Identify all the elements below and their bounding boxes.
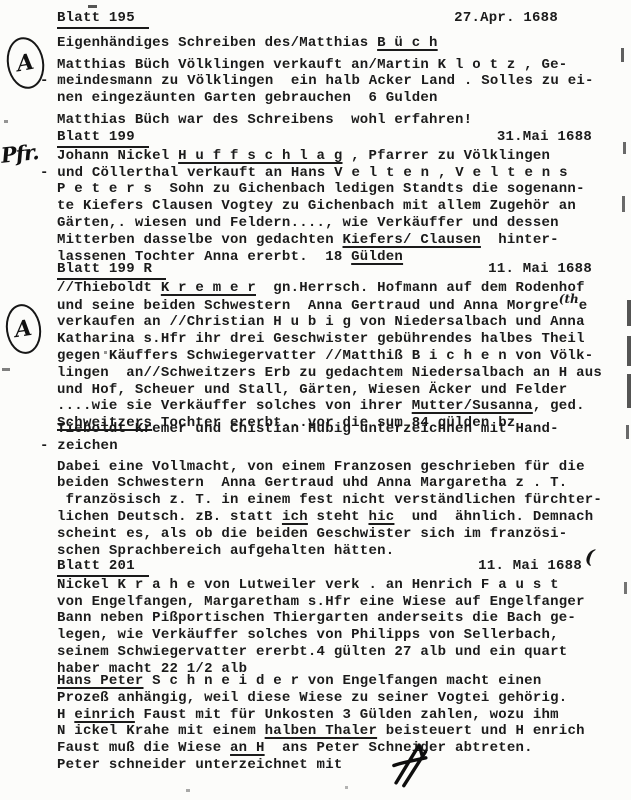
text-line: Tieboldt Kremer und Chistian Hubig unter… (57, 421, 592, 438)
text-segment: Dabei eine Vollmacht, von einem Franzose… (57, 459, 585, 475)
text-segment: steht (308, 509, 369, 525)
text-line: lingen an//Schweitzers Erb zu gedachtem … (57, 365, 592, 382)
paragraph: Johann Nickel H u f f s c h l a g , Pfar… (57, 148, 592, 266)
text-line: verkaufen an //Christian H u b i g von N… (57, 314, 592, 331)
text-line: ....wie sie Verkäuffer solches von ihrer… (57, 398, 592, 415)
text-line: Eigenhändiges Schreiben des/Matthias B ü… (57, 35, 592, 52)
text-segment: schen Sprachbereich aufgehalten hätten. (57, 543, 394, 559)
text-segment: //Thieboldt (57, 280, 161, 296)
text-line: - meindesmann zu Völklingen ein halb Ack… (57, 73, 592, 90)
pfr-margin-annotation: Pfr. (0, 144, 39, 165)
text-segment: , Pfarrer zu Völklingen (343, 148, 551, 164)
text-segment: Gärten,. wiesen und Feldern...., wie Ver… (57, 215, 559, 231)
text-segment: und ähnlich. Demnach (394, 509, 593, 525)
underlined-text: H u f f s c h l a g (178, 148, 342, 164)
underlined-text: Hans Peter (57, 673, 144, 689)
text-segment: verkaufen an //Christian H u b i g von N… (57, 314, 585, 330)
scan-artifact (186, 789, 190, 792)
text-segment: lichen Deutsch. zB. statt (57, 509, 282, 525)
text-segment: hinter- (481, 232, 559, 248)
text-segment: Matthias Büch Völklingen verkauft an/Mar… (57, 57, 567, 73)
text-line: P e t e r s Sohn zu Gichenbach ledigen S… (57, 181, 592, 198)
text-line: französisch z. T. in einem fest nicht ve… (57, 492, 592, 509)
text-line: beiden Schwestern Anna Gertraud uhd Anna… (57, 475, 592, 492)
paragraph: //Thieboldt K r e m e r gn.Herrsch. Hofm… (57, 280, 592, 432)
text-segment: Faust muß die Wiese (57, 740, 230, 756)
circled-a-letter: A (16, 53, 36, 73)
underlined-text: B ü c h (377, 35, 438, 51)
paragraph: Matthias Büch Völklingen verkauft an/Mar… (57, 57, 592, 107)
text-line: legen, wie Verkäuffer solches von Philip… (57, 627, 592, 644)
entry-date: 27.Apr. 1688 (454, 10, 558, 29)
text-segment: H (57, 707, 74, 723)
scan-artifact (627, 374, 631, 408)
text-line: Johann Nickel H u f f s c h l a g , Pfar… (57, 148, 592, 165)
text-segment: französisch z. T. in einem fest nicht ve… (57, 492, 602, 508)
text-line: N ickel Krahe mit einem halben Thaler be… (57, 723, 592, 740)
text-line: und Hof, Scheuer und Stall, Gärten, Wies… (57, 382, 592, 399)
handzeichen-signature-icon (386, 740, 431, 790)
blatt-number: Blatt 199 (57, 129, 149, 148)
scan-artifact (624, 582, 627, 594)
text-segment: nen eingezäunten Garten gebrauchen 6 Gul… (57, 90, 438, 106)
text-segment: S c h n e i d e r von Engelfangen macht … (144, 673, 542, 689)
blatt-number: Blatt 195 (57, 10, 149, 29)
text-segment: und seine beiden Schwestern Anna Gertrau… (57, 298, 559, 314)
text-line: Peter schneider unterzeichnet mit (57, 757, 592, 774)
text-segment: scheint es, als ob die beiden Geschwiste… (57, 526, 567, 542)
text-line: te Kiefers Clausen Vogtey zu Gichenbach … (57, 198, 592, 215)
scan-artifact (627, 300, 631, 326)
scan-artifact (623, 142, 626, 154)
text-segment: beisteuert und H enrich (377, 723, 585, 739)
text-segment: - und Cöllerthal verkauft an Hans V e l … (40, 165, 568, 181)
underlined-text: einrich (74, 707, 135, 723)
text-line: Katharina s.Hfr ihr drei Geschwister geb… (57, 331, 592, 348)
text-segment: Bann neben Pißportischen Thiergarten and… (57, 610, 576, 626)
scan-artifact (104, 351, 107, 354)
text-segment: von Engelfangen, Margaretham s.Hfr eine … (57, 594, 585, 610)
text-line: Matthias Büch war des Schreibens wohl er… (57, 112, 592, 129)
text-line: Matthias Büch Völklingen verkauft an/Mar… (57, 57, 592, 74)
text-segment: und Hof, Scheuer und Stall, Gärten, Wies… (57, 382, 567, 398)
text-segment: Matthias Büch war des Schreibens wohl er… (57, 112, 472, 128)
text-line: Gärten,. wiesen und Feldern...., wie Ver… (57, 215, 592, 232)
scan-artifact (621, 48, 624, 62)
text-line: Dabei eine Vollmacht, von einem Franzose… (57, 459, 592, 476)
underlined-text: hic (368, 509, 394, 525)
paragraph: Eigenhändiges Schreiben des/Matthias B ü… (57, 35, 592, 52)
entry-date: 31.Mai 1688 (497, 129, 592, 148)
text-line: schen Sprachbereich aufgehalten hätten. (57, 543, 592, 560)
text-line: seinem Schwiegervatter ererbt.4 gülten 2… (57, 644, 592, 661)
text-segment: e (579, 298, 588, 314)
paragraph: Dabei eine Vollmacht, von einem Franzose… (57, 459, 592, 560)
section-s6: Hans Peter S c h n e i d e r von Engelfa… (57, 673, 592, 757)
section-heading: Blatt 20111. Mai 1688 (57, 558, 592, 577)
text-segment: Eigenhändiges Schreiben des/Matthias (57, 35, 377, 51)
text-segment: Prozeß anhängig, weil diese Wiese zu sei… (57, 690, 567, 706)
blatt-number: Blatt 199 R (57, 261, 166, 280)
entry-date: 11. Mai 1688 (478, 558, 582, 577)
text-segment: - zeichen (40, 438, 118, 454)
underlined-text: an H (230, 740, 265, 756)
scanned-document-page: Blatt 19527.Apr. 1688Eigenhändiges Schre… (0, 0, 631, 800)
handwritten-paren-mark: ( (584, 549, 595, 567)
section-heading: Blatt 19931.Mai 1688 (57, 129, 592, 148)
section-s3: Blatt 199 R11. Mai 1688//Thieboldt K r e… (57, 261, 592, 432)
paragraph: Matthias Büch war des Schreibens wohl er… (57, 112, 592, 129)
text-line: Nickel K r a h e von Lutweiler verk . an… (57, 577, 592, 594)
section-s2: Blatt 19931.Mai 1688Johann Nickel H u f … (57, 129, 592, 265)
handwritten-insertion: (th (559, 292, 579, 306)
section-s4: Tieboldt Kremer und Chistian Hubig unter… (57, 421, 592, 559)
text-segment: Faust mit für Unkosten 3 Gülden zahlen, … (135, 707, 559, 723)
text-segment: seinem Schwiegervatter ererbt.4 gülten 2… (57, 644, 567, 660)
underlined-text: Kiefers/ Clausen (343, 232, 481, 248)
text-line: gegen Käuffers Schwiegervatter //Matthiß… (57, 348, 592, 365)
text-segment: - meindesmann zu Völklingen ein halb Ack… (40, 73, 594, 89)
underlined-text: Mutter/Susanna (412, 398, 533, 414)
text-line: Mitterben dasselbe von gedachten Kiefers… (57, 232, 592, 249)
paragraph: Hans Peter S c h n e i d e r von Engelfa… (57, 673, 592, 757)
text-segment: lingen an//Schweitzers Erb zu gedachtem … (57, 365, 602, 381)
scan-artifact (88, 5, 97, 8)
text-line: - zeichen (57, 438, 592, 455)
text-segment: legen, wie Verkäuffer solches von Philip… (57, 627, 559, 643)
text-segment: Johann Nickel (57, 148, 178, 164)
paragraph: Peter schneider unterzeichnet mit (57, 757, 592, 774)
text-line: H einrich Faust mit für Unkosten 3 Gülde… (57, 707, 592, 724)
scan-artifact (627, 336, 631, 366)
text-segment: gegen Käuffers Schwiegervatter //Matthiß… (57, 348, 593, 364)
scan-artifact (345, 786, 348, 789)
text-segment: Peter schneider unterzeichnet mit (57, 757, 351, 773)
entry-date: 11. Mai 1688 (488, 261, 592, 280)
text-segment: N ickel Krahe mit einem (57, 723, 265, 739)
text-line: scheint es, als ob die beiden Geschwiste… (57, 526, 592, 543)
text-line: von Engelfangen, Margaretham s.Hfr eine … (57, 594, 592, 611)
text-segment: Nickel K r a h e von Lutweiler verk . an… (57, 577, 559, 593)
section-s5: Blatt 20111. Mai 1688Nickel K r a h e vo… (57, 558, 592, 678)
circled-a-letter: A (14, 319, 33, 338)
text-segment: gn.Herrsch. Hofmann auf dem Rodenhof (256, 280, 585, 296)
underlined-text: ich (282, 509, 308, 525)
text-segment: Katharina s.Hfr ihr drei Geschwister geb… (57, 331, 585, 347)
text-segment: P e t e r s Sohn zu Gichenbach ledigen S… (57, 181, 585, 197)
text-line: Faust muß die Wiese an H ans Peter Schne… (57, 740, 592, 757)
text-line: Hans Peter S c h n e i d e r von Engelfa… (57, 673, 592, 690)
underlined-text: K r e m e r (161, 280, 256, 296)
text-line: //Thieboldt K r e m e r gn.Herrsch. Hofm… (57, 280, 592, 297)
section-heading: Blatt 19527.Apr. 1688 (57, 10, 592, 29)
text-line: - und Cöllerthal verkauft an Hans V e l … (57, 165, 592, 182)
text-line: und seine beiden Schwestern Anna Gertrau… (57, 297, 592, 315)
section-heading: Blatt 199 R11. Mai 1688 (57, 261, 592, 280)
text-segment: beiden Schwestern Anna Gertraud uhd Anna… (57, 475, 567, 491)
text-line: lichen Deutsch. zB. statt ich steht hic … (57, 509, 592, 526)
underlined-text: halben Thaler (265, 723, 377, 739)
paragraph: Nickel K r a h e von Lutweiler verk . an… (57, 577, 592, 678)
text-segment: te Kiefers Clausen Vogtey zu Gichenbach … (57, 198, 576, 214)
scan-artifact (622, 196, 625, 212)
section-s7: Peter schneider unterzeichnet mit (57, 757, 592, 774)
section-s1: Blatt 19527.Apr. 1688Eigenhändiges Schre… (57, 10, 592, 129)
text-segment: , ged. (533, 398, 585, 414)
text-line: Bann neben Pißportischen Thiergarten and… (57, 610, 592, 627)
text-segment: ....wie sie Verkäuffer solches von ihrer (57, 398, 412, 414)
blatt-number: Blatt 201 (57, 558, 149, 577)
scan-artifact (626, 425, 629, 439)
scan-artifact (4, 120, 8, 123)
text-line: nen eingezäunten Garten gebrauchen 6 Gul… (57, 90, 592, 107)
circled-a-annotation-middle: A (3, 302, 45, 356)
scan-artifact (2, 368, 10, 371)
text-segment: Mitterben dasselbe von gedachten (57, 232, 343, 248)
text-line: Prozeß anhängig, weil diese Wiese zu sei… (57, 690, 592, 707)
text-segment: Tieboldt Kremer und Chistian Hubig unter… (57, 421, 559, 437)
paragraph: Tieboldt Kremer und Chistian Hubig unter… (57, 421, 592, 455)
